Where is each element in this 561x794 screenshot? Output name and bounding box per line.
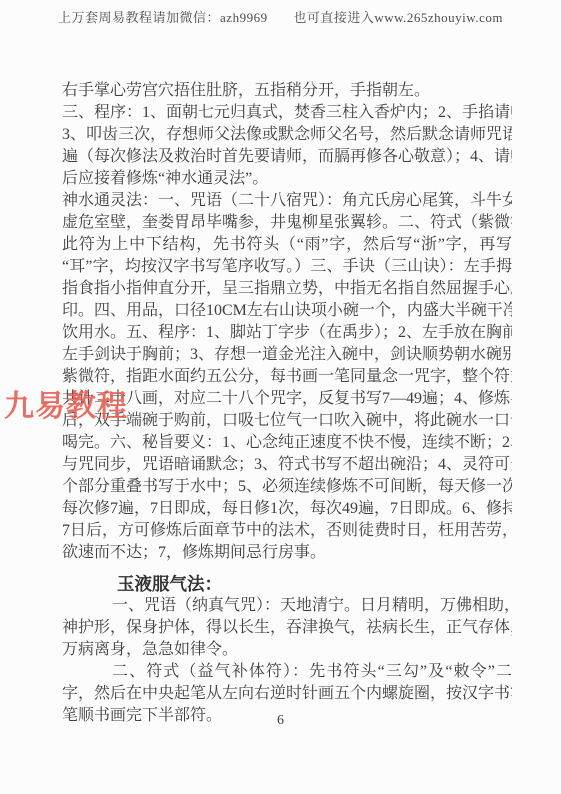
text-line: 每次修7遍，7日即成，每日修1次，每次49遍，7日即成。6、修持 — [62, 498, 512, 520]
text-line: 7日后，方可修炼后面章节中的法术，否则徒费时日，枉用苦劳， — [62, 520, 512, 542]
text-line: 饮用水。五、程序：1、脚站丁字步（在禹步）；2、左手放在胸前， — [62, 322, 512, 344]
text-line: 后，双手端碗于购前，口吸七位气一口吹入碗中，将此碗水一口气 — [62, 410, 512, 432]
text-line: 遍（每次修法及救治时首先要请师，而膈再修各心敬意）；4、请师 — [62, 146, 512, 168]
body-text: 右手掌心劳宫穴捂住肚脐，五指稍分开，手指朝左。三、程序：1、面朝七元归真式，焚香… — [62, 80, 512, 727]
text-line: 共计二十八画，对应二十八个咒字，反复书写7—49遍；4、修炼毕 — [62, 388, 512, 410]
text-line: 神护形，保身护体，得以长生，吞津换气，祛病长生，正气存体， — [62, 617, 512, 639]
text-line: 字，然后在中央起笔从左向右逆时针画五个内螺旋圈，按汉字书写 — [62, 683, 512, 705]
text-line: 左手剑诀于胸前；3、存想一道金光注入碗中，剑诀顺势朝水碗别画 — [62, 344, 512, 366]
text-line: 万病离身，急急如律令。 — [62, 639, 512, 661]
text-line: 一、咒语（纳真气咒）：天地清宁。日月精明，万佛相助，百 — [62, 595, 512, 617]
page-number: 6 — [0, 713, 561, 729]
text-line: 指食指小指伸直分开，呈三指鼎立势，中指无名指自然屈握手心成 — [62, 278, 512, 300]
text-line: 紫微符，指距水面约五公分，每书画一笔同量念一咒字，整个符式 — [62, 366, 512, 388]
header-site-link-text: 也可直接进入www.265zhouyiw.com — [293, 10, 503, 25]
text-line: 印。四、用品，口径10CM左右山诀项小碗一个，内盛大半碗干净的 — [62, 300, 512, 322]
text-line: 与咒同步，咒语暗诵默念；3、符式书写不超出碗沿；4、灵符可分三 — [62, 454, 512, 476]
text-line: 虚危室壁，奎娄胃昂毕嘴参，井鬼柳星张翼轸。二、符式（紫微符： — [62, 212, 512, 234]
text-line: 此符为上中下结构，先书符头（“雨”字，然后写“浙”字，再写 — [62, 234, 512, 256]
header-wechat-text: 上万套周易教程请加微信：azh9969 — [58, 10, 268, 25]
paragraph-block-1: 右手掌心劳宫穴捂住肚脐，五指稍分开，手指朝左。三、程序：1、面朝七元归真式，焚香… — [62, 80, 512, 564]
text-line: 神水通灵法：一、咒语（二十八宿咒）：角亢氏房心尾箕，斗牛女 — [62, 190, 512, 212]
text-line: 个部分重叠书写于水中；5、必须连续修炼不可间断，每天修一次， — [62, 476, 512, 498]
section-heading: 玉液服气法： — [62, 573, 512, 595]
text-line: 三、程序：1、面朝七元归真式，焚香三柱入香炉内；2、手掐请师诀； — [62, 102, 512, 124]
text-line: 右手掌心劳宫穴捂住肚脐，五指稍分开，手指朝左。 — [62, 80, 512, 102]
text-line: 3、叩齿三次，存想师父法像或默念师父名号，然后默念请师咒语七 — [62, 124, 512, 146]
page-header: 上万套周易教程请加微信：azh9969 也可直接进入www.265zhouyiw… — [0, 7, 561, 26]
text-line: 二、符式（益气补体符）：先书符头“三勾”及“敕令”二 — [62, 661, 512, 683]
document-page: 上万套周易教程请加微信：azh9969 也可直接进入www.265zhouyiw… — [0, 0, 561, 794]
text-line: 欲速而不达；7，修炼期间忌行房事。 — [62, 542, 512, 564]
text-line: 喝完。六、秘旨要义：1、心念纯正速度不快不慢，连续不断；2、符 — [62, 432, 512, 454]
paragraph-block-2: 一、咒语（纳真气咒）：天地清宁。日月精明，万佛相助，百神护形，保身护体，得以长生… — [62, 595, 512, 727]
text-line: 后应接着修炼“神水通灵法”。 — [62, 168, 512, 190]
watermark-text: 九易教程 — [4, 381, 128, 425]
text-line: “耳”字，均按汉字书写笔序收写。）三、手诀（三山诀）：左手拇 — [62, 256, 512, 278]
